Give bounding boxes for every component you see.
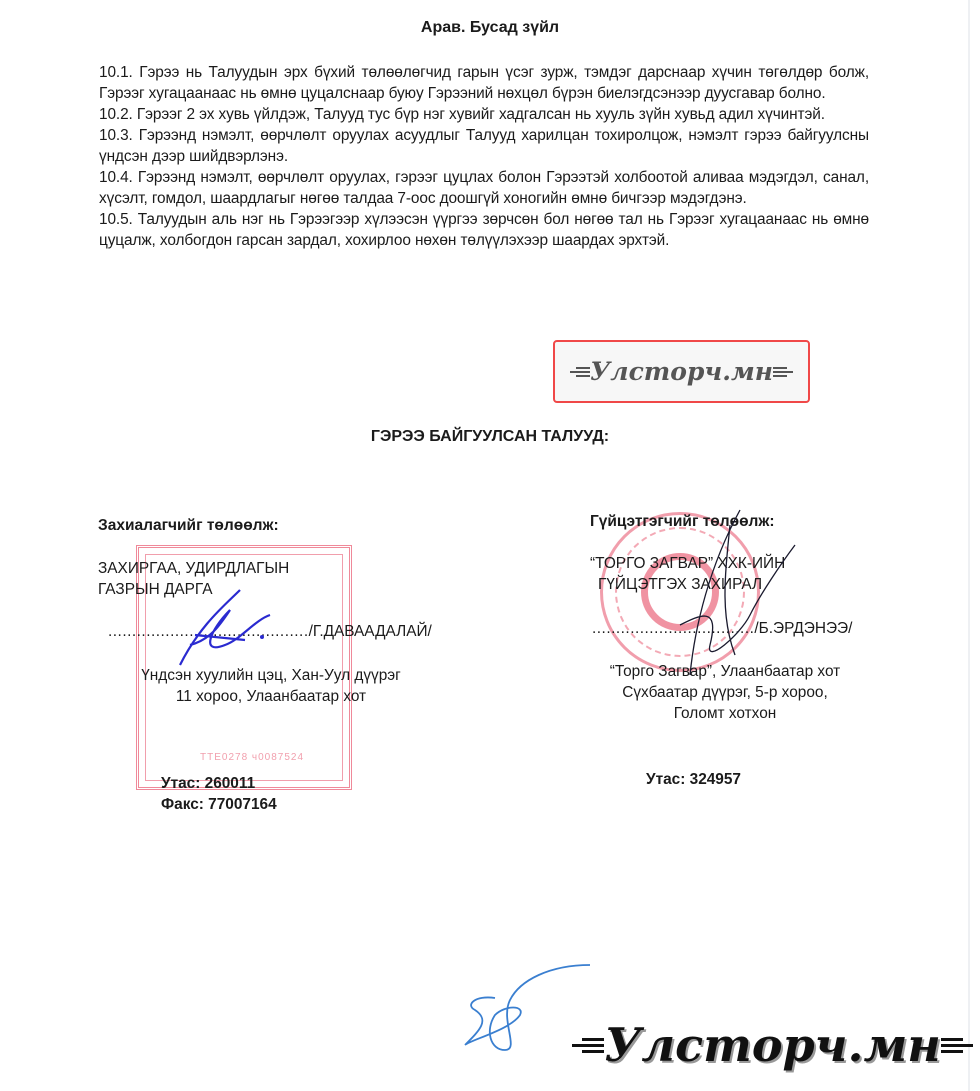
customer-fax: Факс: 77007164 bbox=[161, 794, 277, 815]
customer-heading-text: Захиалагчийг төлөөлж: bbox=[98, 517, 279, 534]
wing-left-icon bbox=[566, 366, 590, 378]
bottom-watermark: Улсторч.мн bbox=[575, 1010, 970, 1080]
bottom-watermark-text: Улсторч.мн bbox=[604, 1018, 941, 1072]
clause-10-3: 10.3. Гэрээнд нэмэлт, өөрчлөлт оруулах а… bbox=[99, 125, 869, 167]
wing-right-icon bbox=[773, 366, 797, 378]
clause-10-1: 10.1. Гэрээ нь Талуудын эрх бүхий төлөөл… bbox=[99, 62, 869, 104]
wing-left-icon bbox=[575, 1036, 604, 1054]
clauses-list: 10.1. Гэрээ нь Талуудын эрх бүхий төлөөл… bbox=[99, 62, 869, 251]
watermark-text: Улсторч.мн bbox=[590, 357, 773, 386]
contractor-contacts: Утас: 324957 bbox=[646, 769, 741, 790]
clause-10-4: 10.4. Гэрээнд нэмэлт, өөрчлөлт оруулах, … bbox=[99, 167, 869, 209]
contractor-address-line2: Сүхбаатар дүүрэг, 5-р хороо, bbox=[570, 682, 880, 703]
customer-signature bbox=[170, 585, 280, 675]
customer-org-line1: ЗАХИРГАА, УДИРДЛАГЫН bbox=[98, 558, 289, 579]
customer-address-line2: 11 хороо, Улаанбаатар хот bbox=[106, 686, 436, 707]
wing-right-icon bbox=[941, 1036, 970, 1054]
clause-10-5: 10.5. Талуудын аль нэг нь Гэрээгээр хүлэ… bbox=[99, 209, 869, 251]
parties-title: ГЭРЭЭ БАЙГУУЛСАН ТАЛУУД: bbox=[0, 428, 980, 446]
section-title: Арав. Бусад зүйл bbox=[0, 19, 980, 37]
page-edge bbox=[968, 0, 970, 1091]
contractor-address-line3: Голомт хотхон bbox=[570, 703, 880, 724]
contractor-signature bbox=[650, 505, 800, 685]
watermark-box: Улсторч.мн bbox=[553, 340, 810, 403]
customer-signatory: /Г.ДАВААДАЛАЙ/ bbox=[309, 623, 432, 640]
customer-contacts: Утас: 260011 Факс: 77007164 bbox=[161, 773, 277, 815]
clause-10-2: 10.2. Гэрээг 2 эх хувь үйлдэж, Талууд ту… bbox=[99, 104, 869, 125]
contractor-phone: Утас: 324957 bbox=[646, 769, 741, 790]
customer-stamp-number: ТТЕ0278 ч0087524 bbox=[200, 752, 304, 763]
customer-heading: Захиалагчийг төлөөлж: bbox=[98, 515, 279, 536]
customer-phone: Утас: 260011 bbox=[161, 773, 277, 794]
